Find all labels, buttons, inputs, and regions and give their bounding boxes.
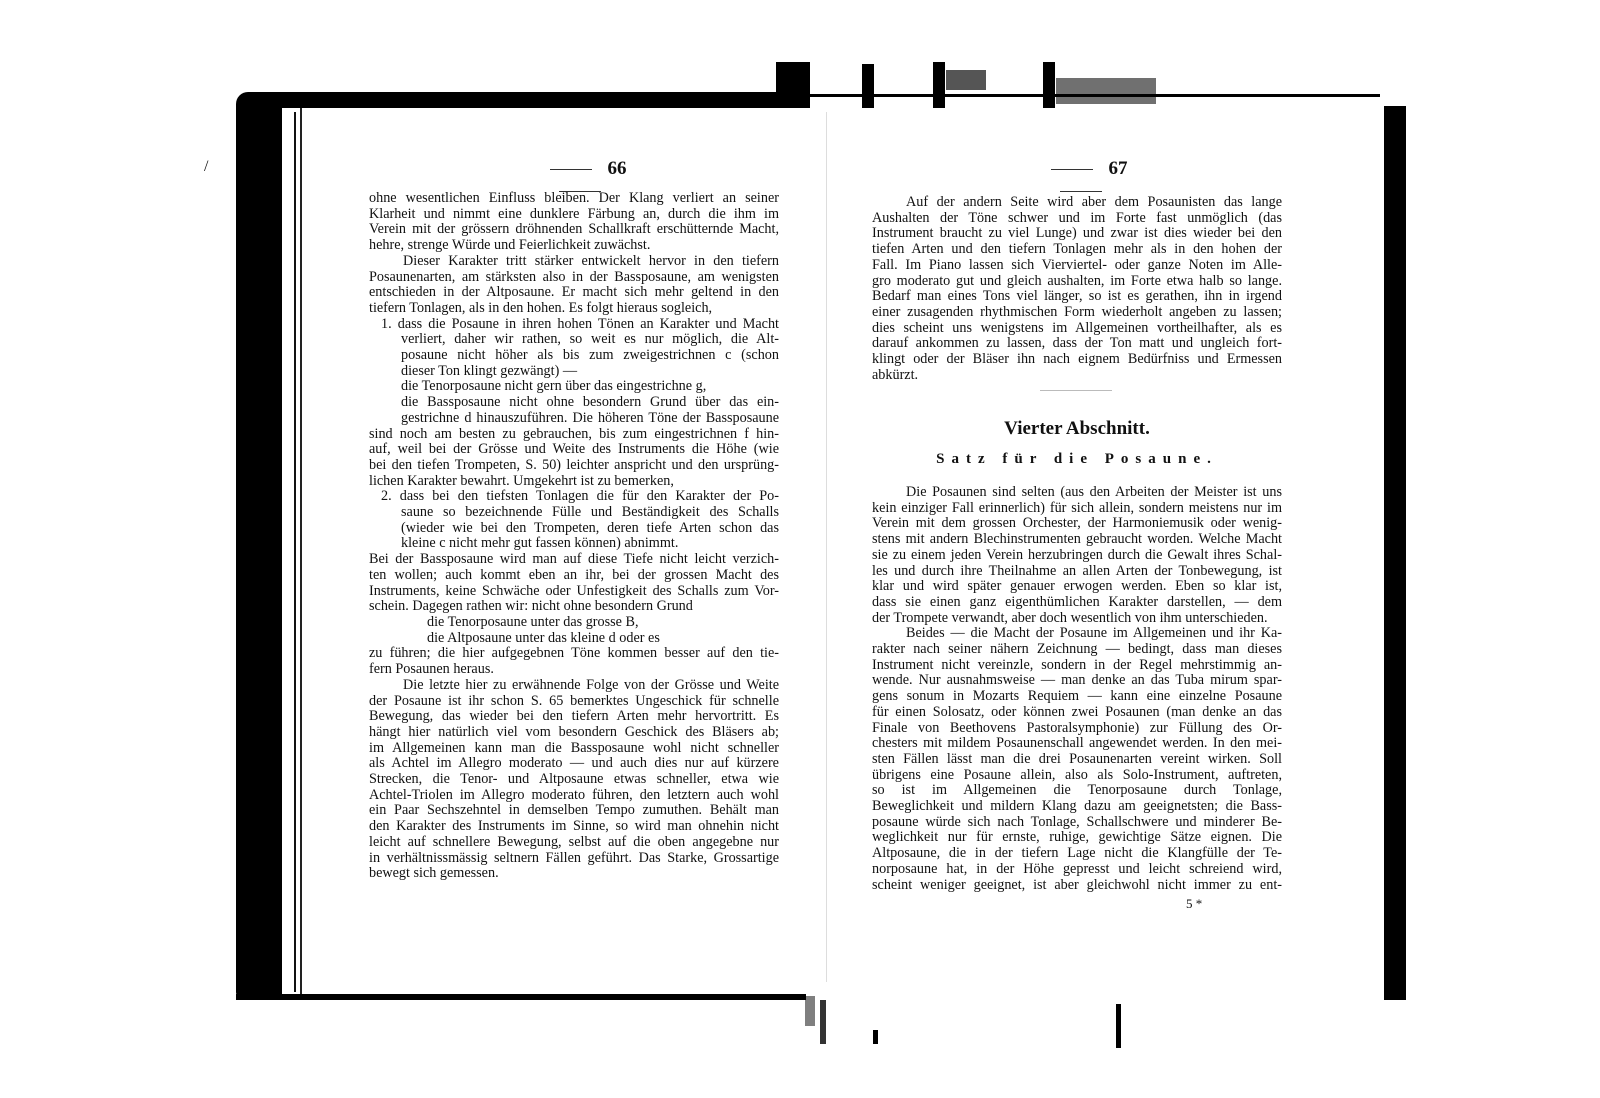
text-line: sind noch am besten zu gebrauchen, bis z… xyxy=(369,427,779,443)
text-line: tiefern Tonlagen, als in den hohen. Es f… xyxy=(369,301,779,317)
text-line: auf, weil bei der Grösse und Weite des I… xyxy=(369,442,779,458)
scan-clip-mark xyxy=(1043,62,1055,108)
numbered-item-1: 1. dass die Posaune in ihren hohen Tönen… xyxy=(369,317,779,333)
text-line: wende. Nur ausnahmsweise — man denke an … xyxy=(872,673,1282,689)
page-stack-edge xyxy=(286,108,290,994)
text-line: die Tenorposaune nicht gern über das ein… xyxy=(369,379,779,395)
scan-clip-mark xyxy=(873,1030,878,1044)
right-page-body-top: Auf der andern Seite wird aber dem Posau… xyxy=(872,195,1282,383)
section-divider xyxy=(1040,390,1112,391)
stray-pen-mark: / xyxy=(204,158,208,176)
text-line: Klarheit und nimmt eine dunklere Färbung… xyxy=(369,207,779,223)
folio-rule xyxy=(1051,169,1093,170)
folio-rule xyxy=(550,169,592,170)
page-number-66: 66 xyxy=(608,158,627,179)
text-line: die Tenorposaune unter das grosse B, xyxy=(369,615,779,631)
text-line: Finale von Beethovens Pastoralsymphonie)… xyxy=(872,721,1282,737)
text-line: Posaunenarten, am stärksten also in der … xyxy=(369,270,779,286)
section-heading: Vierter Abschnitt. xyxy=(872,418,1282,440)
text-line: scheint weniger geeignet, ist aber gleic… xyxy=(872,878,1282,894)
text-line: (wieder wie bei den Trompeten, deren tie… xyxy=(369,521,779,537)
text-line: Verein mit dem grossen Orchester, der Ha… xyxy=(872,516,1282,532)
paragraph-start: Auf der andern Seite wird aber dem Posau… xyxy=(872,195,1282,211)
signature-mark: 5 * xyxy=(1186,896,1202,912)
right-page-body-bottom: Die Posaunen sind selten (aus den Arbeit… xyxy=(872,485,1282,893)
text-line: entschieden in der Altposaune. Er macht … xyxy=(369,285,779,301)
text-line: weglichkeit nur für ernste, ruhige, gewi… xyxy=(872,830,1282,846)
text-line: klar und wird später genauer erwogen wer… xyxy=(872,579,1282,595)
text-line: klingt oder der Bläser ihn nach eignem B… xyxy=(872,352,1282,368)
text-line: darauf ankommen zu lassen, dass der Ton … xyxy=(872,336,1282,352)
book-cover-bottom-edge xyxy=(236,994,806,1000)
text-line: hehre, strenge Würde und Feierlichkeit z… xyxy=(369,238,779,254)
text-line: stens mit andern Blechinstrumenten gebra… xyxy=(872,532,1282,548)
book-spread: / 66 ohne wesentlichen Einfluss bleiben.… xyxy=(0,0,1600,1098)
text-line: chesters mit mildem Posaunenschall angew… xyxy=(872,736,1282,752)
scan-clip-mark xyxy=(933,62,945,108)
text-line: gro moderato gut und gleich aushalten, i… xyxy=(872,274,1282,290)
text-line: Altposaune, die in der tiefern Lage nich… xyxy=(872,846,1282,862)
text-line: so ist im Allgemeinen die Tenorposaune d… xyxy=(872,783,1282,799)
text-line: Achtel-Triolen im Allegro moderato führe… xyxy=(369,788,779,804)
text-line: ohne wesentlichen Einfluss bleiben. Der … xyxy=(369,191,779,207)
text-line: posaune würde sich nach Tonlage, Schalls… xyxy=(872,815,1282,831)
text-line: im Allgemeinen kann man die Bassposaune … xyxy=(369,741,779,757)
text-line: les und durch ihre Theilnahme an allen A… xyxy=(872,564,1282,580)
text-line: bewegt sich gemessen. xyxy=(369,866,779,882)
text-line: norposaune hat, in der Höhe gepresst und… xyxy=(872,862,1282,878)
folio-rule xyxy=(1060,191,1102,192)
text-line: Aushalten der Töne schwer und im Forte f… xyxy=(872,211,1282,227)
text-line: Strecken, die Tenor- und Altposaune etwa… xyxy=(369,772,779,788)
text-line: dieser Ton klingt gezwängt) — xyxy=(369,364,779,380)
scan-clip-mark xyxy=(1116,1004,1121,1048)
text-line: Bei der Bassposaune wird man auf diese T… xyxy=(369,552,779,568)
scan-noise xyxy=(946,70,986,90)
text-line: schein. Dagegen rathen wir: nicht ohne b… xyxy=(369,599,779,615)
text-line: posaune nicht höher als bis zum zweigest… xyxy=(369,348,779,364)
text-line: leicht auf schnellere Bewegung, selbst a… xyxy=(369,835,779,851)
text-line: saune so bezeichnende Fülle und Beständi… xyxy=(369,505,779,521)
text-line: Bewegung, das wieder bei den tiefern Art… xyxy=(369,709,779,725)
paragraph-start: Beides — die Macht der Posaune im Allgem… xyxy=(872,626,1282,642)
text-line: die Bassposaune nicht ohne besondern Gru… xyxy=(369,395,779,411)
text-line: der Posaune ist ihr schon S. 65 bemerkte… xyxy=(369,694,779,710)
book-cover-left-edge xyxy=(236,96,282,998)
text-line: Fall. Im Piano lassen sich Vierviertel- … xyxy=(872,258,1282,274)
scan-clip-mark xyxy=(820,1000,826,1044)
text-line: tiefen Arten und den tiefern Tonlagen me… xyxy=(872,242,1282,258)
page-stack-edge xyxy=(294,112,296,992)
text-line: Instrument nicht vereinzle, sondern in d… xyxy=(872,658,1282,674)
text-line: zu führen; die hier aufgegebnen Töne kom… xyxy=(369,646,779,662)
text-line: kein einziger Fall erinnerlich) für sich… xyxy=(872,501,1282,517)
text-line: der Trompete verwandt, aber doch wesentl… xyxy=(872,611,1282,627)
text-line: als Achtel im Allegro moderato — und auc… xyxy=(369,756,779,772)
text-line: sie zu einem jeden Verein herzubringen d… xyxy=(872,548,1282,564)
text-line: Instruments, keine Schwäche oder Unfesti… xyxy=(369,584,779,600)
text-line: dies scheint uns wenigstens im Allgemein… xyxy=(872,321,1282,337)
book-cover-top-edge xyxy=(236,92,796,108)
text-line: den Karakter des Instruments im Sinne, s… xyxy=(369,819,779,835)
text-line: verliert, daher wir rathen, so weit es n… xyxy=(369,332,779,348)
page-number-67: 67 xyxy=(1109,158,1128,179)
text-line: Verein mit der grössern dröhnenden Schal… xyxy=(369,222,779,238)
book-gutter xyxy=(826,112,827,982)
book-cover-right-edge xyxy=(1384,106,1406,1000)
text-line: kleine c nicht mehr gut fassen können) a… xyxy=(369,536,779,552)
text-line: Beweglichkeit und mildern Klang dazu am … xyxy=(872,799,1282,815)
scan-clip-mark xyxy=(862,64,874,108)
text-line: fern Posaunen heraus. xyxy=(369,662,779,678)
text-line: dass sie einen ganz eigenthümlichen Kara… xyxy=(872,595,1282,611)
text-line: für einen Solosatz, oder können zwei Pos… xyxy=(872,705,1282,721)
text-line: einer zusagenden rhythmischen Form wiede… xyxy=(872,305,1282,321)
text-line: rakter nach seiner nähern Zeichnung — be… xyxy=(872,642,1282,658)
text-line: gens sonum in Mozarts Requiem — kann ein… xyxy=(872,689,1282,705)
scan-noise xyxy=(805,996,815,1026)
text-line: Instrument braucht zu viel Lunge) und zw… xyxy=(872,226,1282,242)
text-line: abkürzt. xyxy=(872,368,1282,384)
page-top-edge xyxy=(740,94,1380,97)
left-page-body: ohne wesentlichen Einfluss bleiben. Der … xyxy=(369,191,779,882)
scan-clip-mark xyxy=(776,62,810,108)
paragraph-start: Dieser Karakter tritt stärker entwickelt… xyxy=(369,254,779,270)
text-line: hängt hier natürlich viel vom besondern … xyxy=(369,725,779,741)
text-line: gestrichne d hinauszuführen. Die höheren… xyxy=(369,411,779,427)
text-line: lichen Karakter bewahrt. Umgekehrt ist z… xyxy=(369,474,779,490)
text-line: sten Fällen lässt man die drei Posaunena… xyxy=(872,752,1282,768)
text-line: ein Paar Sechszehntel in demselben Tempo… xyxy=(369,803,779,819)
section-subheading: Satz für die Posaune. xyxy=(872,451,1282,468)
text-line: Bedarf man eines Tons viel länger, so is… xyxy=(872,289,1282,305)
text-line: bei den tiefen Trompeten, S. 50) leichte… xyxy=(369,458,779,474)
text-line: die Altposaune unter das kleine d oder e… xyxy=(369,631,779,647)
text-line: übrigens eine Posaune allein, also als S… xyxy=(872,768,1282,784)
numbered-item-2: 2. dass bei den tiefsten Tonlagen die fü… xyxy=(369,489,779,505)
paragraph-start: Die Posaunen sind selten (aus den Arbeit… xyxy=(872,485,1282,501)
paragraph-start: Die letzte hier zu erwähnende Folge von … xyxy=(369,678,779,694)
scan-noise xyxy=(1056,78,1156,104)
text-line: ten wollen; auch kommt eben an ihr, bei … xyxy=(369,568,779,584)
text-line: in verhältnissmässig seltnern Fällen gef… xyxy=(369,851,779,867)
